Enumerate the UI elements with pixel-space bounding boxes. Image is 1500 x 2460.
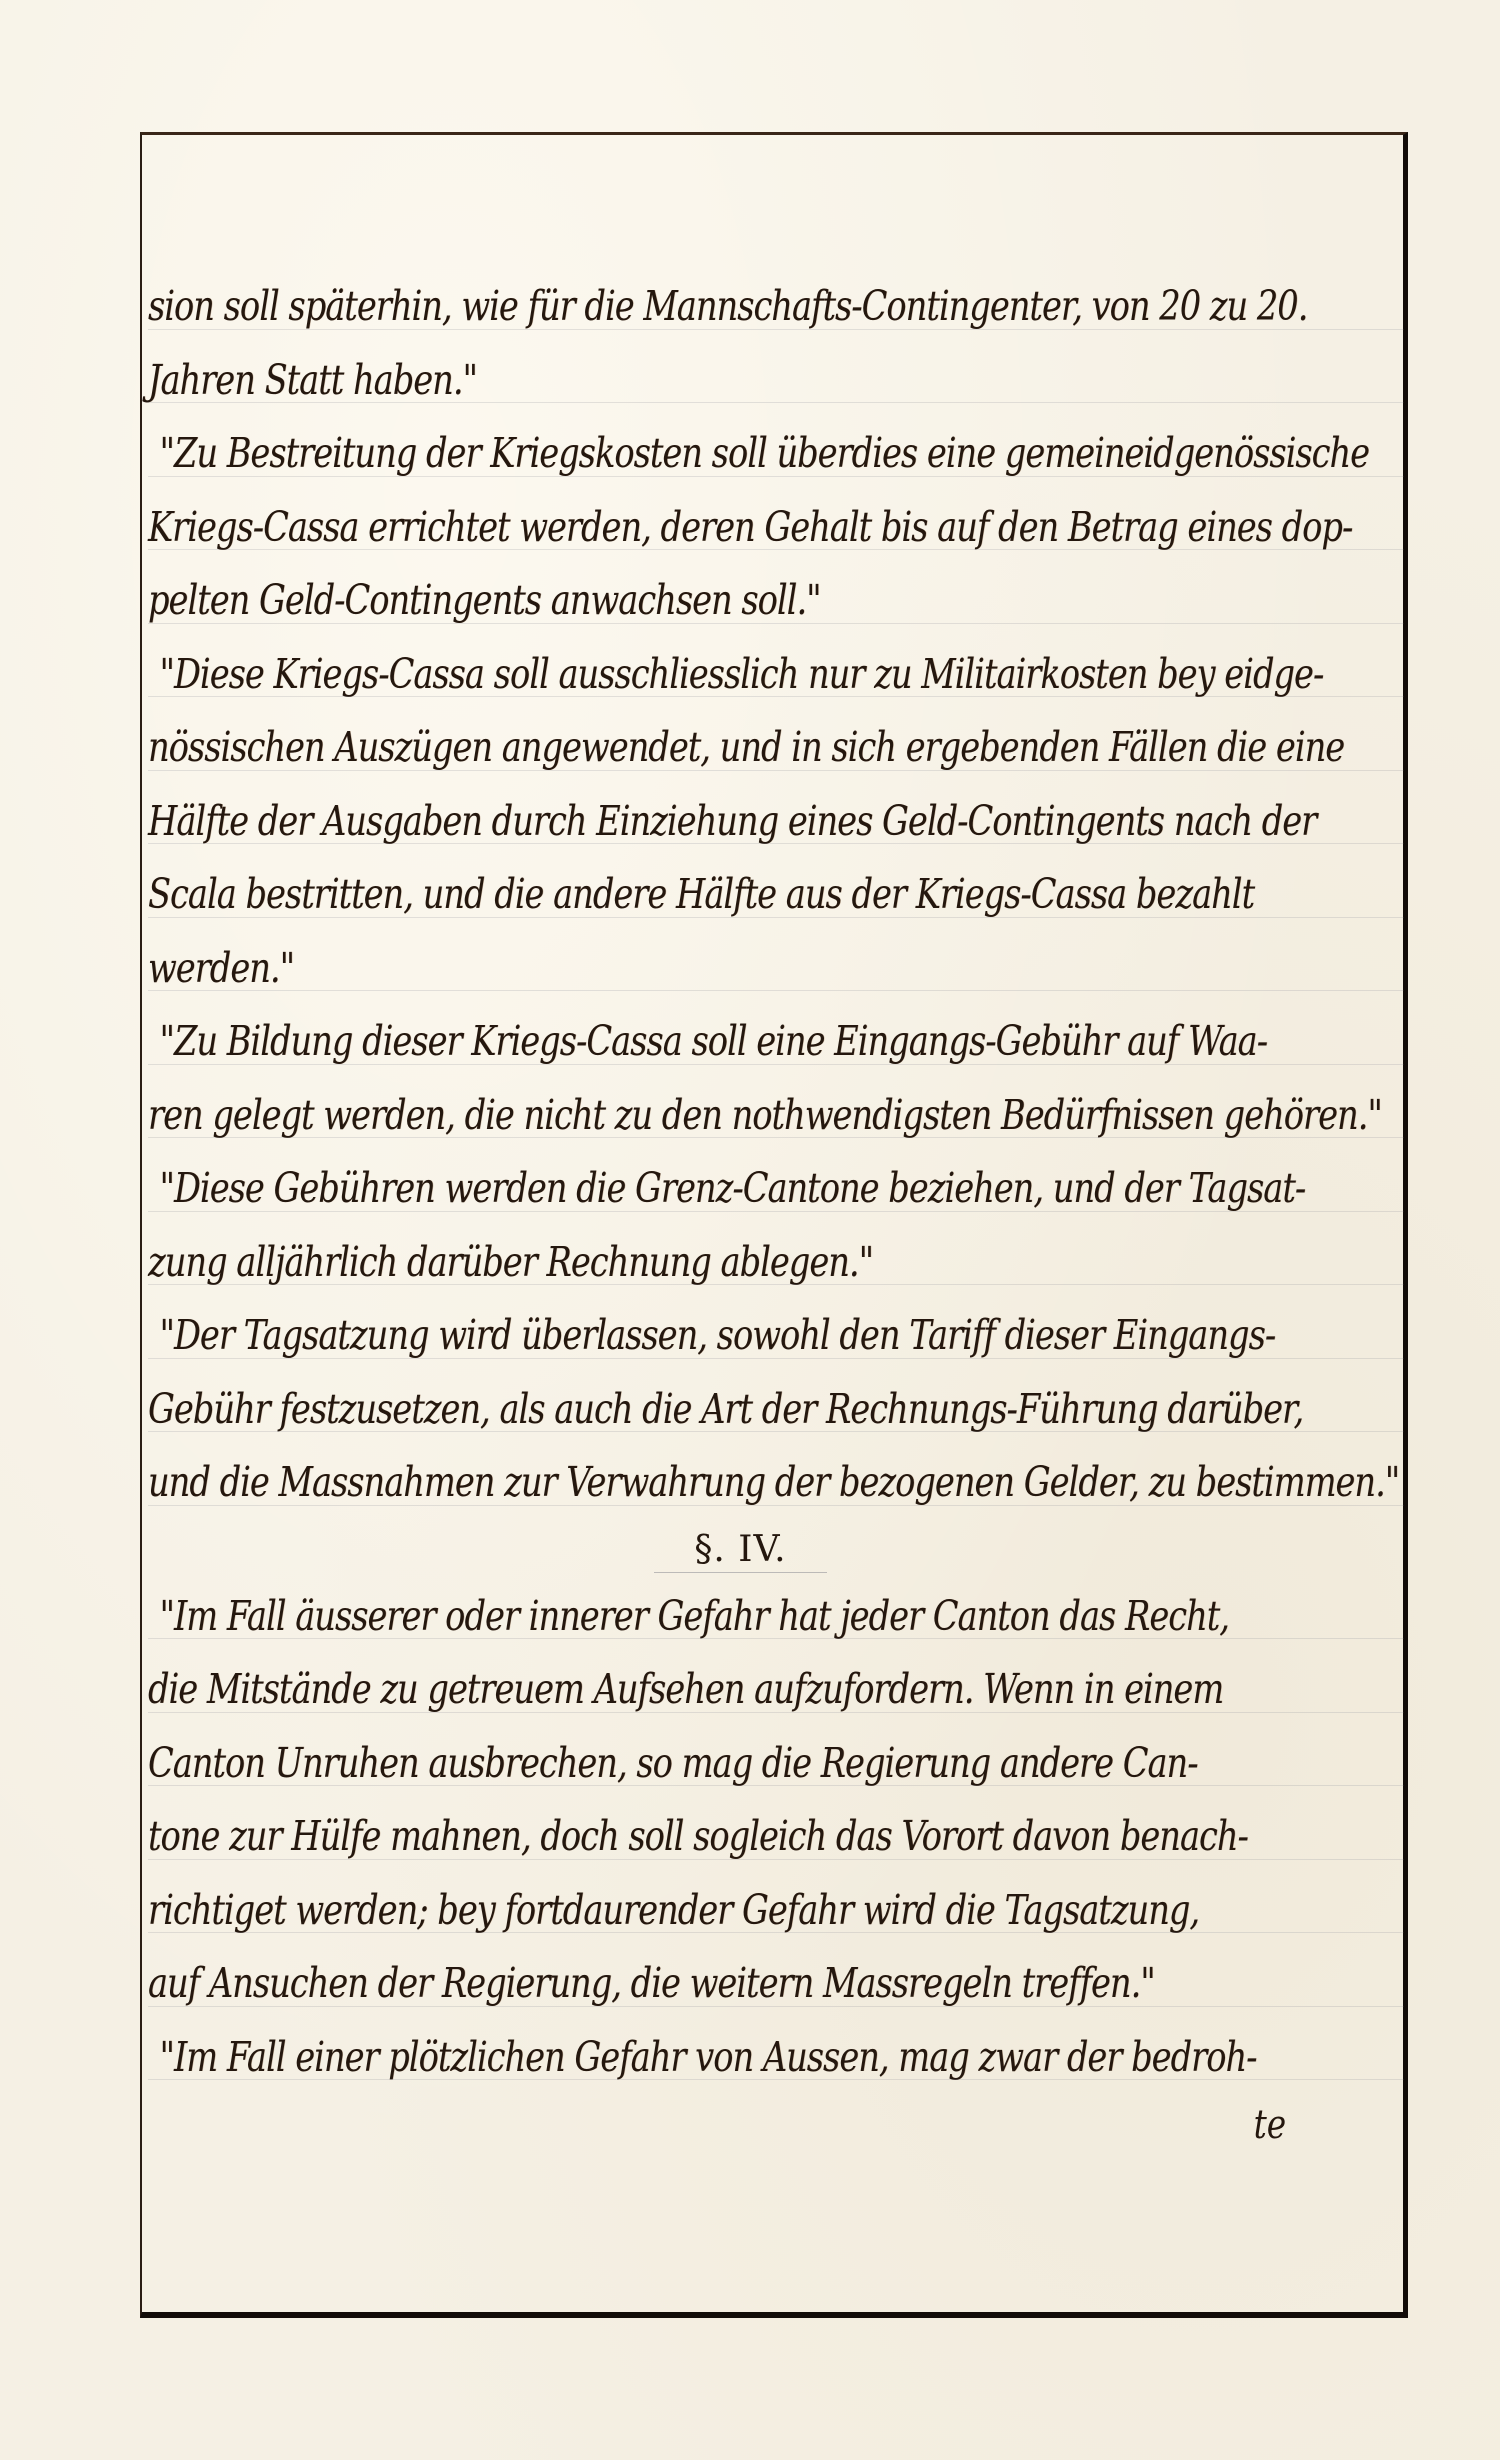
text-line: "Zu Bestreitung der Kriegskosten soll üb… xyxy=(148,417,1177,491)
text-line: tone zur Hülfe mahnen, doch soll sogleic… xyxy=(148,1800,1177,1874)
text-line: "Zu Bildung dieser Kriegs-Cassa soll ein… xyxy=(148,1005,1177,1079)
text-line: auf Ansuchen der Regierung, die weitern … xyxy=(148,1947,1177,2021)
text-line: Canton Unruhen ausbrechen, so mag die Re… xyxy=(148,1727,1177,1801)
section-number: §. IV. xyxy=(654,1528,826,1573)
manuscript-text-block: sion soll späterhin, wie für die Mannsch… xyxy=(148,270,1403,2094)
text-line: Gebühr festzusetzen, als auch die Art de… xyxy=(148,1373,1177,1447)
text-line: Jahren Statt haben." xyxy=(148,344,1177,418)
text-line: Scala bestritten, und die andere Hälfte … xyxy=(148,858,1177,932)
section-heading: §. IV. xyxy=(148,1520,1403,1580)
text-line: ren gelegt werden, die nicht zu den noth… xyxy=(148,1079,1177,1153)
text-line: und die Massnahmen zur Verwahrung der be… xyxy=(148,1446,1177,1520)
text-line: "Diese Gebühren werden die Grenz-Cantone… xyxy=(148,1152,1177,1226)
text-line: Hälfte der Ausgaben durch Einziehung ein… xyxy=(148,785,1177,859)
text-line: richtiget werden; bey fortdaurender Gefa… xyxy=(148,1874,1177,1948)
catchword: te xyxy=(1254,2102,1287,2148)
text-line: "Im Fall einer plötzlichen Gefahr von Au… xyxy=(148,2021,1177,2095)
text-line: nössischen Auszügen angewendet, und in s… xyxy=(148,711,1177,785)
text-line: "Im Fall äusserer oder innerer Gefahr ha… xyxy=(148,1580,1177,1654)
text-line: "Diese Kriegs-Cassa soll ausschliesslich… xyxy=(148,638,1177,712)
text-line: werden." xyxy=(148,932,1177,1006)
text-line: zung alljährlich darüber Rechnung ablege… xyxy=(148,1226,1177,1300)
text-line: sion soll späterhin, wie für die Mannsch… xyxy=(148,270,1177,344)
text-line: Kriegs-Cassa errichtet werden, deren Geh… xyxy=(148,491,1177,565)
text-line: die Mitstände zu getreuem Aufsehen aufzu… xyxy=(148,1653,1177,1727)
text-line: "Der Tagsatzung wird überlassen, sowohl … xyxy=(148,1299,1177,1373)
text-line: pelten Geld-Contingents anwachsen soll." xyxy=(148,564,1177,638)
